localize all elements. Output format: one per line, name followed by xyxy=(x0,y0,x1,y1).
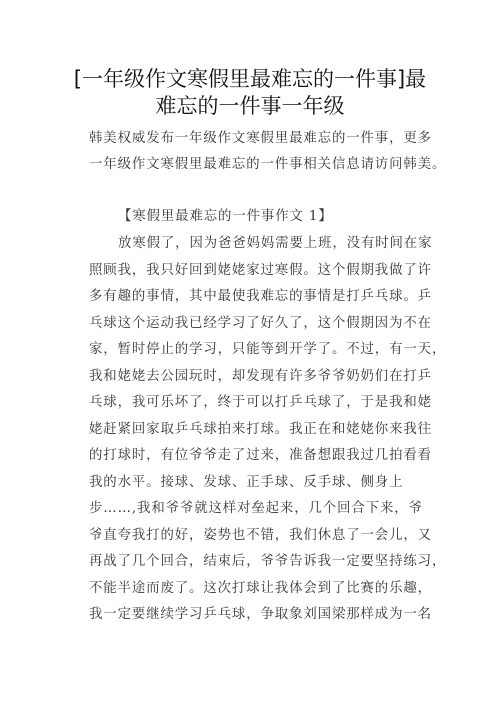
document-title: [一年级作文寒假里最难忘的一件事]最 难忘的一件事一年级 xyxy=(60,66,440,120)
body-line: 家，暂时停止的学习，只能等到开学了。不过，有一天， xyxy=(89,337,419,364)
title-line-2: 难忘的一件事一年级 xyxy=(60,93,440,120)
body-line: 步……,我和爷爷就这样对垒起来，几个回合下来，爷 xyxy=(89,496,419,523)
body-line: 再战了几个回合，结束后，爷爷告诉我一定要坚持练习， xyxy=(89,549,419,576)
body-line: 我和姥姥去公园玩时，却发现有许多爷爷奶奶们在打乒 xyxy=(89,364,419,391)
intro-paragraph: 韩美权威发布一年级作文寒假里最难忘的一件事，更多 一年级作文寒假里最难忘的一件事… xyxy=(89,126,419,178)
intro-line: 韩美权威发布一年级作文寒假里最难忘的一件事，更多 xyxy=(89,126,419,152)
body-line: 爷直夸我打的好，姿势也不错，我们休息了一会儿，又 xyxy=(89,523,419,550)
body-line: 乓球，我可乐坏了，终于可以打乒乓球了，于是我和姥 xyxy=(89,390,419,417)
body-line: 乓球这个运动我已经学习了好久了，这个假期因为不在 xyxy=(89,311,419,338)
section-heading: 【寒假里最难忘的一件事作文 1】 xyxy=(118,204,333,230)
intro-line: 一年级作文寒假里最难忘的一件事相关信息请访问韩美。 xyxy=(89,152,419,178)
body-line: 我的水平。接球、发球、正手球、反手球、侧身上 xyxy=(89,470,419,497)
title-line-1: [一年级作文寒假里最难忘的一件事]最 xyxy=(60,66,440,93)
body-line: 我一定要继续学习乒乓球，争取象刘国梁那样成为一名 xyxy=(89,602,419,629)
body-line: 姥赶紧回家取乒乓球拍来打球。我正在和姥姥你来我往 xyxy=(89,417,419,444)
body-line: 多有趣的事情，其中最使我难忘的事情是打乒乓球。乒 xyxy=(89,284,419,311)
essay-body: 放寒假了，因为爸爸妈妈需要上班，没有时间在家 照顾我，我只好回到姥姥家过寒假。这… xyxy=(89,231,419,629)
body-line: 的打球时，有位爷爷走了过来，准备想跟我过几拍看看 xyxy=(89,443,419,470)
body-line: 放寒假了，因为爸爸妈妈需要上班，没有时间在家 xyxy=(89,231,419,258)
document-page: [一年级作文寒假里最难忘的一件事]最 难忘的一件事一年级 韩美权威发布一年级作文… xyxy=(0,0,500,708)
body-line: 照顾我，我只好回到姥姥家过寒假。这个假期我做了许 xyxy=(89,258,419,285)
body-line: 不能半途而废了。这次打球让我体会到了比赛的乐趣， xyxy=(89,576,419,603)
